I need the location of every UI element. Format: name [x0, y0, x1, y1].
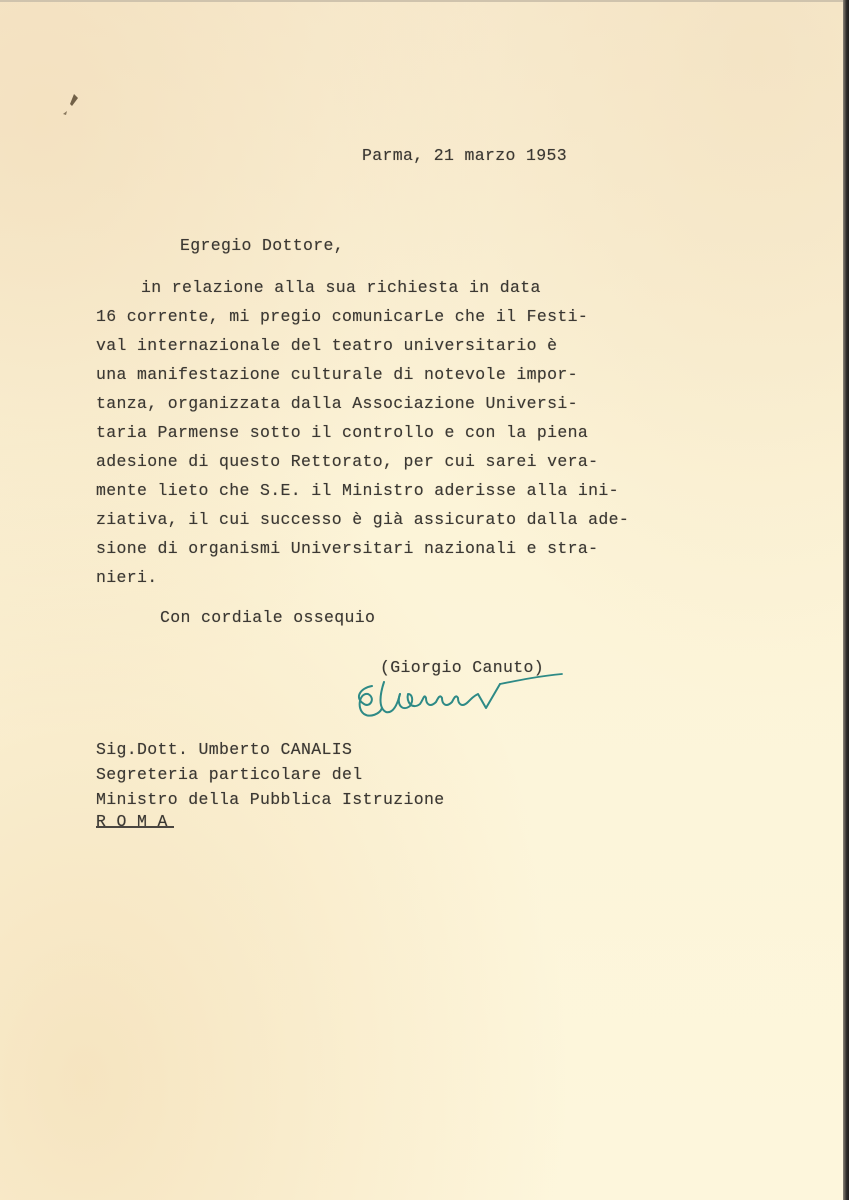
- recipient-name: Sig.Dott. Umberto CANALIS: [96, 740, 352, 759]
- body-line: val internazionale del teatro universita…: [96, 336, 557, 355]
- recipient-ministry: Ministro della Pubblica Istruzione: [96, 790, 445, 809]
- body-line: adesione di questo Rettorato, per cui sa…: [96, 452, 598, 471]
- body-line: ziativa, il cui successo è già assicurat…: [96, 510, 629, 529]
- paper-sheet: [0, 0, 843, 1200]
- recipient-city: R O M A: [96, 812, 168, 831]
- ink-mark-icon: [58, 92, 98, 122]
- salutation: Egregio Dottore,: [180, 236, 344, 255]
- paper-top-edge: [0, 0, 843, 2]
- date-line: Parma, 21 marzo 1953: [362, 146, 567, 165]
- recipient-office: Segreteria particolare del: [96, 765, 363, 784]
- body-line: una manifestazione culturale di notevole…: [96, 365, 578, 384]
- body-line: in relazione alla sua richiesta in data: [141, 278, 541, 297]
- city-underline: [96, 826, 174, 828]
- body-line: taria Parmense sotto il controllo e con …: [96, 423, 588, 442]
- scan-border: [843, 0, 849, 1200]
- handwritten-signature: [350, 664, 565, 722]
- closing: Con cordiale ossequio: [160, 608, 375, 627]
- body-line: 16 corrente, mi pregio comunicarLe che i…: [96, 307, 588, 326]
- body-line: sione di organismi Universitari nazional…: [96, 539, 598, 558]
- body-line: nieri.: [96, 568, 158, 587]
- body-line: tanza, organizzata dalla Associazione Un…: [96, 394, 578, 413]
- body-line: mente lieto che S.E. il Ministro aderiss…: [96, 481, 619, 500]
